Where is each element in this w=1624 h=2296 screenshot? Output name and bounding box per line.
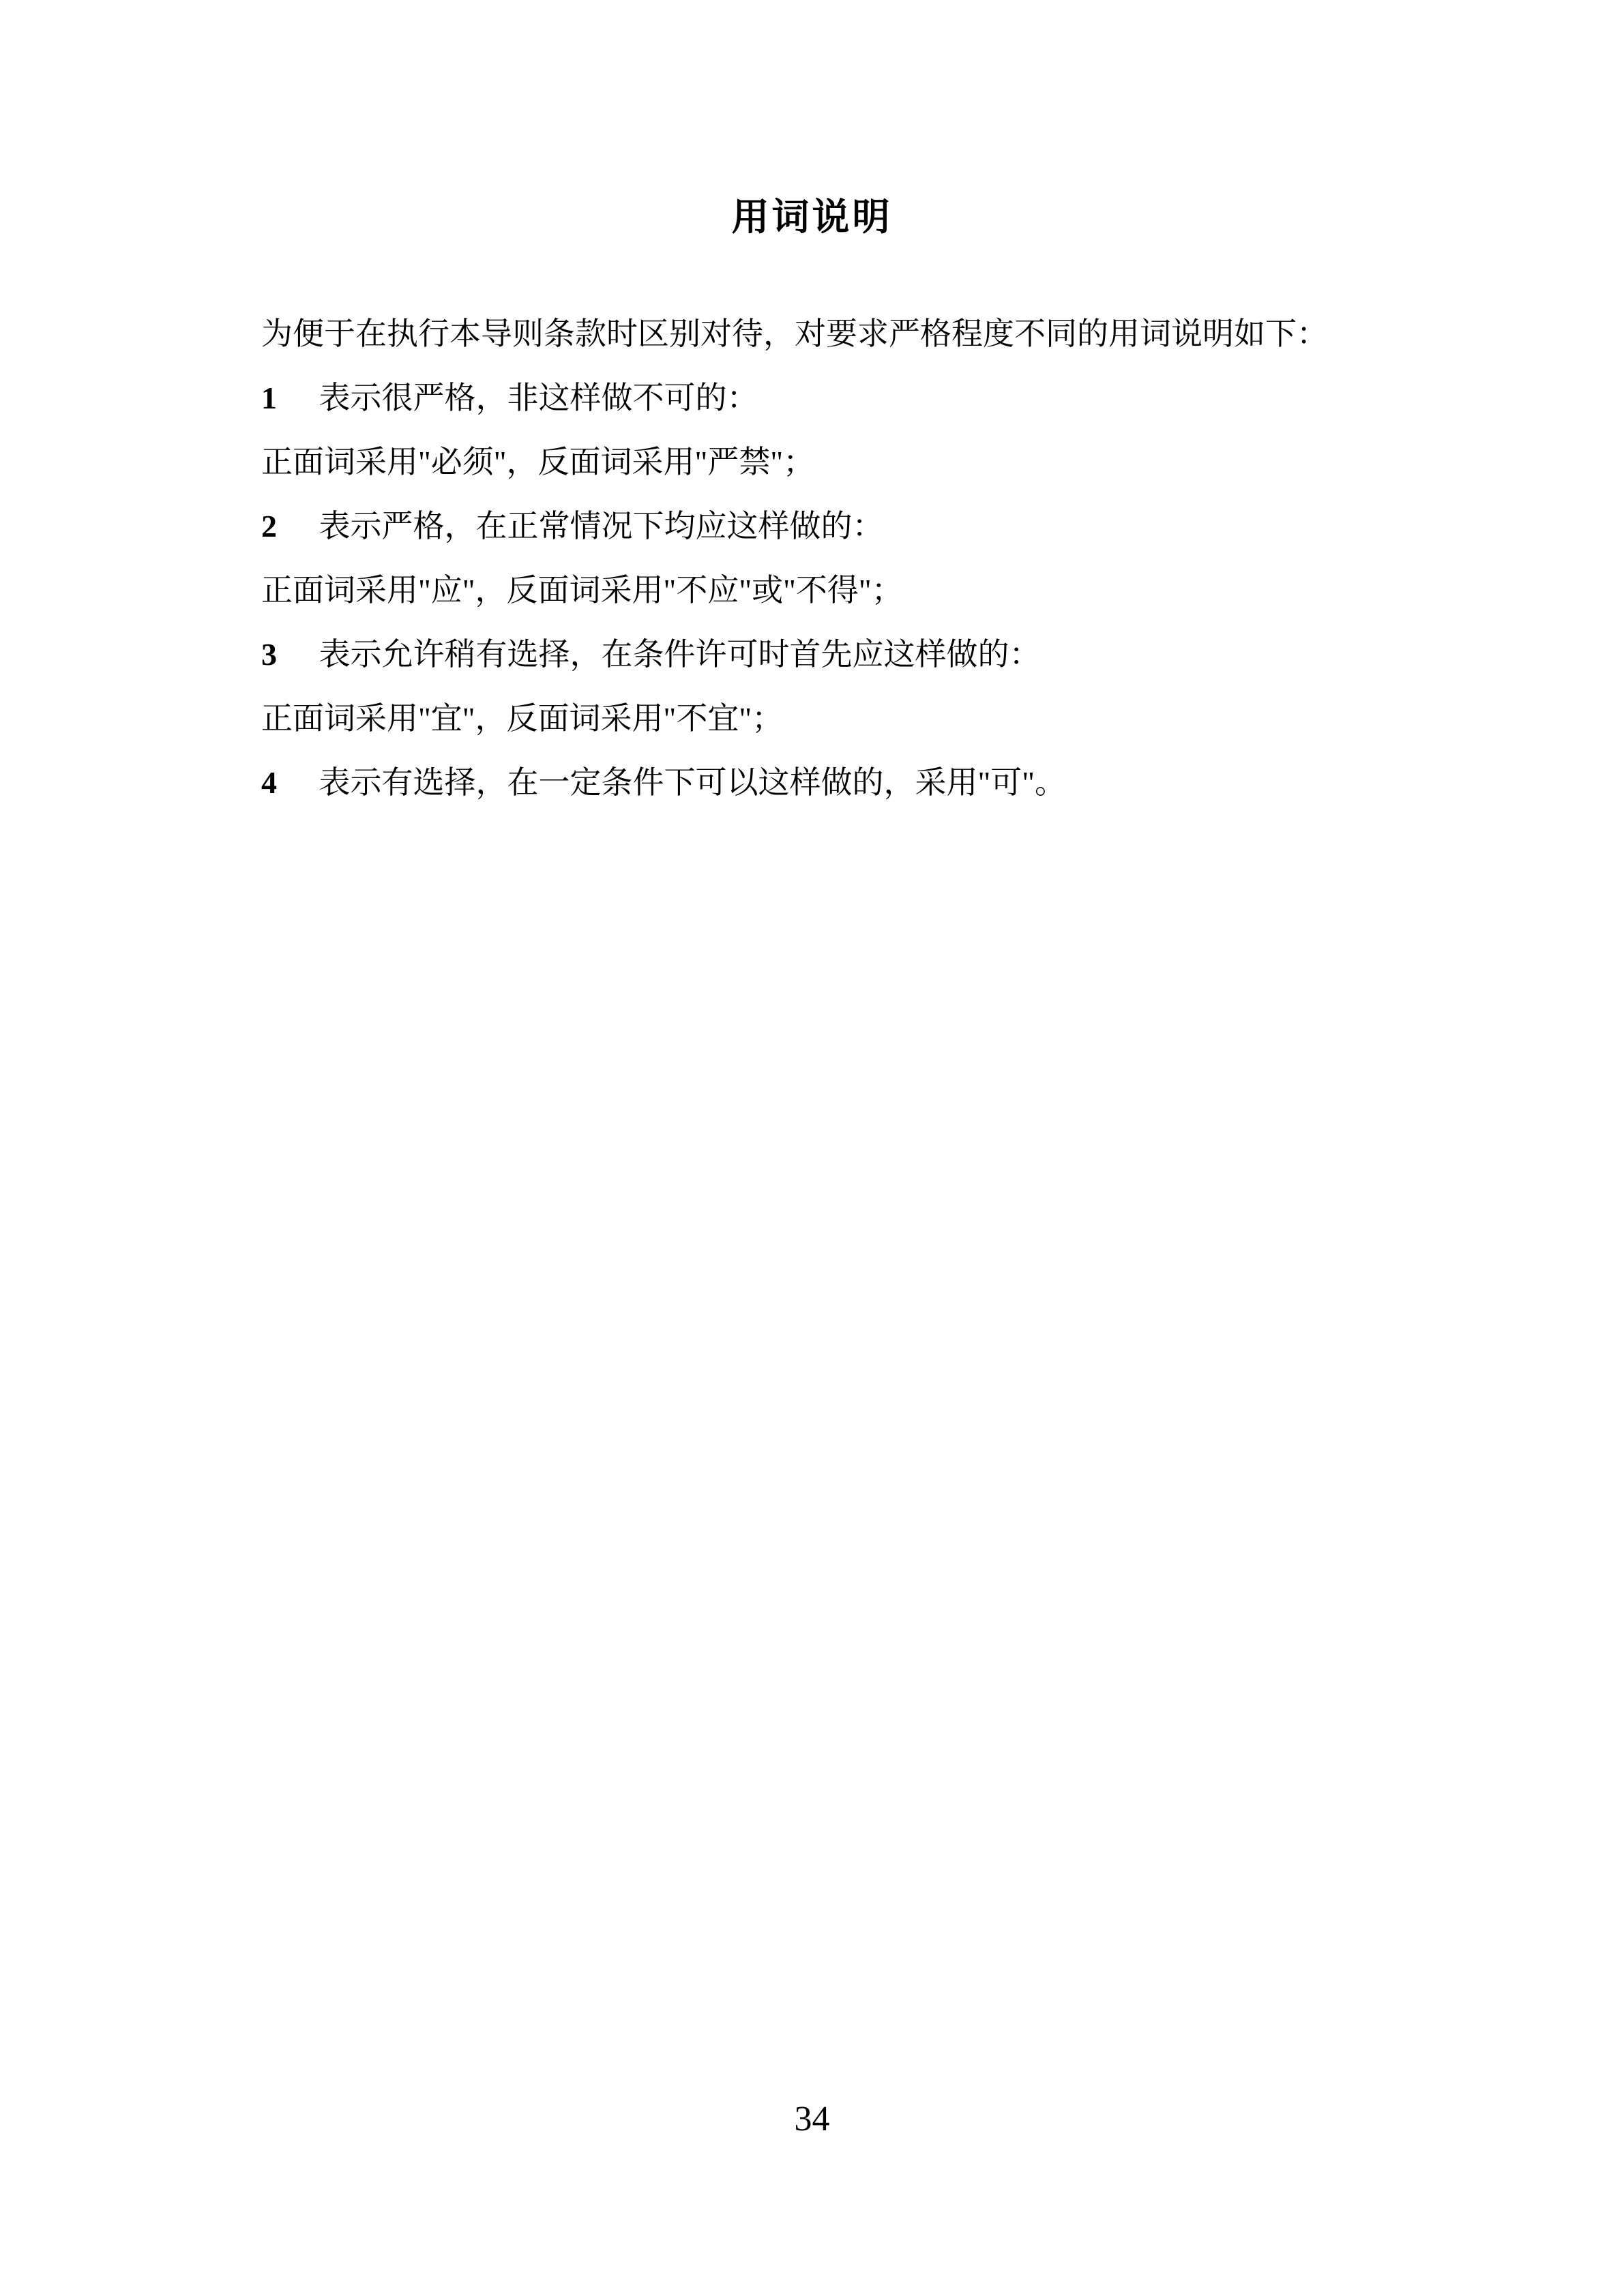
item-number: 1 — [261, 366, 311, 430]
line-text: 表示允许稍有选择，在条件许可时首先应这样做的： — [319, 637, 1041, 672]
line-text: 正面词采用"应"，反面词采用"不应"或"不得"； — [261, 573, 903, 608]
item-1-detail: 正面词采用"必须"，反面词采用"严禁"； — [261, 430, 1365, 494]
item-number: 4 — [261, 751, 311, 815]
page-number: 34 — [0, 2102, 1624, 2137]
line-text: 正面词采用"宜"，反面词采用"不宜"； — [261, 701, 783, 736]
body-text: 为便于在执行本导则条款时区别对待，对要求严格程度不同的用词说明如下： 1 表示很… — [261, 302, 1365, 815]
item-2-detail: 正面词采用"应"，反面词采用"不应"或"不得"； — [261, 558, 1365, 623]
intro-paragraph: 为便于在执行本导则条款时区别对待，对要求严格程度不同的用词说明如下： — [261, 302, 1365, 366]
line-text: 正面词采用"必须"，反面词采用"严禁"； — [261, 445, 814, 479]
item-number: 3 — [261, 623, 311, 687]
numbered-item-1: 1 表示很严格，非这样做不可的： — [261, 366, 1365, 430]
numbered-item-4: 4 表示有选择，在一定条件下可以这样做的，采用"可"。 — [261, 751, 1365, 815]
item-3-detail: 正面词采用"宜"，反面词采用"不宜"； — [261, 687, 1365, 751]
line-text: 表示很严格，非这样做不可的： — [319, 381, 758, 415]
numbered-item-3: 3 表示允许稍有选择，在条件许可时首先应这样做的： — [261, 623, 1365, 687]
page-title: 用词说明 — [0, 196, 1624, 237]
line-text: 表示严格，在正常情况下均应这样做的： — [319, 509, 884, 543]
numbered-item-2: 2 表示严格，在正常情况下均应这样做的： — [261, 494, 1365, 558]
line-text: 表示有选择，在一定条件下可以这样做的，采用"可"。 — [319, 765, 1067, 800]
item-number: 2 — [261, 494, 311, 558]
line-text: 为便于在执行本导则条款时区别对待，对要求严格程度不同的用词说明如下： — [261, 316, 1328, 351]
document-page: 用词说明 为便于在执行本导则条款时区别对待，对要求严格程度不同的用词说明如下： … — [0, 0, 1624, 2296]
